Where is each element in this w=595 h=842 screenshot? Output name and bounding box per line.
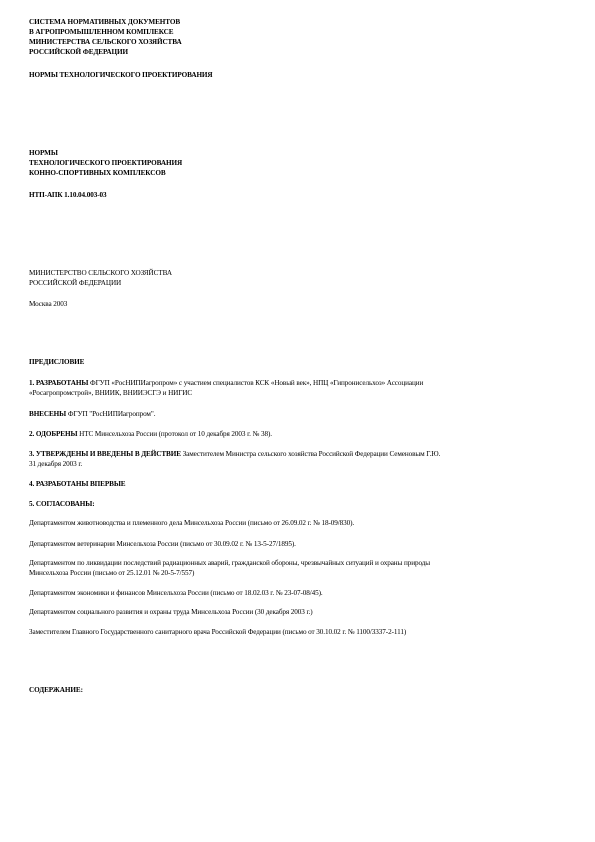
system-title-line-2: В АГРОПРОМЫШЛЕННОМ КОМПЛЕКСЕ: [29, 28, 173, 37]
preface-item-1-text: ФГУП «РосНИПИагропром» с участием специа…: [88, 379, 423, 387]
preface-item-3-label: 3. УТВЕРЖДЕНЫ И ВВЕДЕНЫ В ДЕЙСТВИЕ: [29, 450, 181, 458]
preface-item-3-text: Заместителем Министра сельского хозяйств…: [181, 450, 440, 458]
preface-item-3: 3. УТВЕРЖДЕНЫ И ВВЕДЕНЫ В ДЕЙСТВИЕ Замес…: [29, 450, 440, 459]
preface-item-2: 2. ОДОБРЕНЫ НТС Минсельхоза России (прот…: [29, 430, 272, 439]
preface-item-4: 4. РАЗРАБОТАНЫ ВПЕРВЫЕ: [29, 480, 126, 489]
contents-heading: СОДЕРЖАНИЕ:: [29, 686, 83, 695]
approval-6: Заместителем Главного Государственного с…: [29, 628, 406, 637]
preface-item-5: 5. СОГЛАСОВАНЫ:: [29, 500, 95, 509]
preface-item-1: 1. РАЗРАБОТАНЫ ФГУП «РосНИПИагропром» с …: [29, 379, 423, 388]
introduced-label: ВНЕСЕНЫ: [29, 410, 66, 418]
doc-title-line-1: НОРМЫ: [29, 149, 58, 158]
place-year: Москва 2003: [29, 300, 67, 309]
preface-item-2-label: 2. ОДОБРЕНЫ: [29, 430, 77, 438]
doc-title-line-3: КОННО-СПОРТИВНЫХ КОМПЛЕКСОВ: [29, 169, 166, 178]
system-title-line-1: СИСТЕМА НОРМАТИВНЫХ ДОКУМЕНТОВ: [29, 18, 180, 27]
approval-4: Департаментом экономики и финансов Минсе…: [29, 589, 323, 598]
approval-1: Департаментом животноводства и племенног…: [29, 519, 354, 528]
preface-heading: ПРЕДИСЛОВИЕ: [29, 358, 84, 367]
doc-code: НТП-АПК 1.10.04.003-03: [29, 191, 107, 200]
approval-3-cont: Минсельхоза России (письмо от 25.12.01 №…: [29, 569, 194, 578]
preface-item-3-cont: 31 декабря 2003 г.: [29, 460, 82, 469]
doc-title-line-2: ТЕХНОЛОГИЧЕСКОГО ПРОЕКТИРОВАНИЯ: [29, 159, 182, 168]
series-title: НОРМЫ ТЕХНОЛОГИЧЕСКОГО ПРОЕКТИРОВАНИЯ: [29, 71, 213, 80]
preface-item-1-cont: «Росагропромстрой», ВНИИК, ВНИИЭСГЭ и НИ…: [29, 389, 192, 398]
publisher-line-1: МИНИСТЕРСТВО СЕЛЬСКОГО ХОЗЯЙСТВА: [29, 269, 172, 278]
publisher-line-2: РОССИЙСКОЙ ФЕДЕРАЦИИ: [29, 279, 121, 288]
approval-2: Департаментом ветеринарии Минсельхоза Ро…: [29, 540, 296, 549]
preface-item-1-label: 1. РАЗРАБОТАНЫ: [29, 379, 88, 387]
approval-3: Департаментом по ликвидации последствий …: [29, 559, 430, 568]
approval-5: Департаментом социального развития и охр…: [29, 608, 313, 617]
introduced-text: ФГУП "РосНИПИагропром".: [66, 410, 155, 418]
system-title-line-4: РОССИЙСКОЙ ФЕДЕРАЦИИ: [29, 48, 128, 57]
preface-item-2-text: НТС Минсельхоза России (протокол от 10 д…: [77, 430, 272, 438]
preface-introduced: ВНЕСЕНЫ ФГУП "РосНИПИагропром".: [29, 410, 155, 419]
system-title-line-3: МИНИСТЕРСТВА СЕЛЬСКОГО ХОЗЯЙСТВА: [29, 38, 182, 47]
